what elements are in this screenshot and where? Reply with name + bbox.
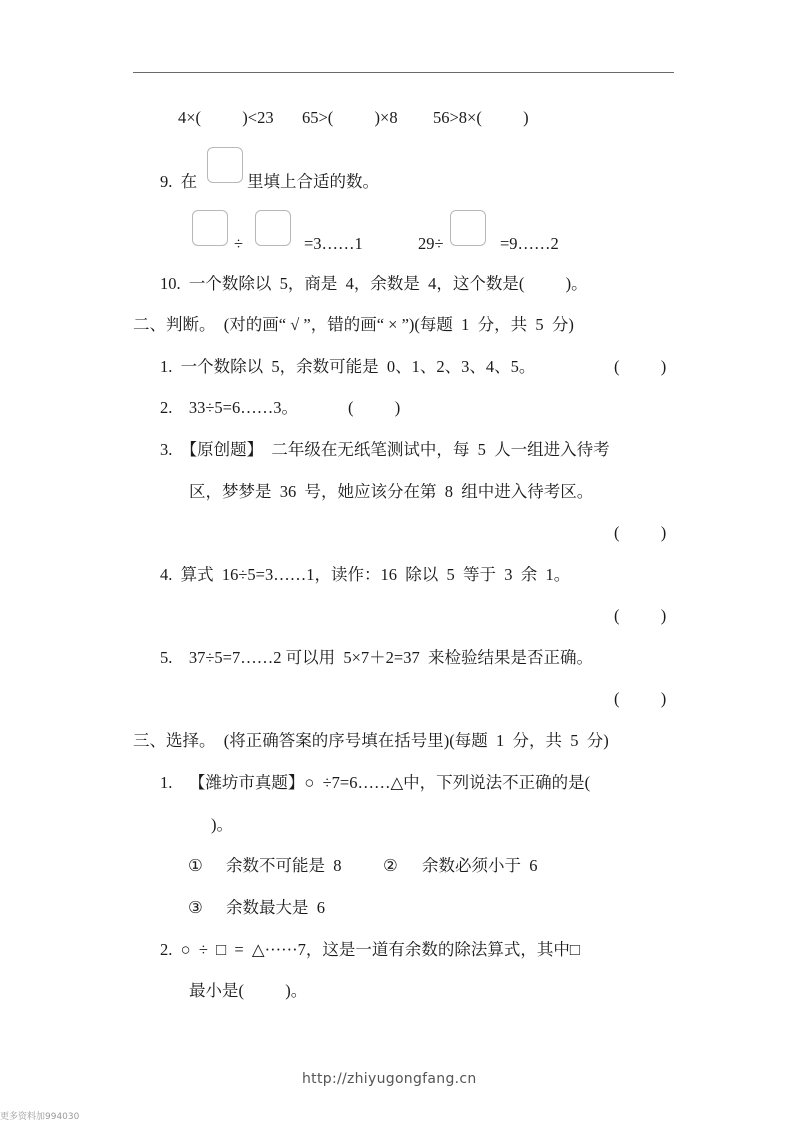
- choice-q1-option-2-mark: ②: [383, 856, 398, 876]
- choice-q1-option-1-mark: ①: [188, 856, 203, 876]
- q9-divide-sign: ÷: [234, 234, 243, 254]
- q9-answer-box-divisor[interactable]: [255, 210, 291, 246]
- section3-title: 三、选择。 (将正确答案的序号填在括号里)(每题 1 分，共 5 分): [133, 731, 609, 751]
- judge-item-3-text-1: 3. 【原创题】 二年级在无纸笔测试中，每 5 人一组进入待考: [160, 440, 610, 460]
- q9-example-box: [207, 147, 243, 183]
- q9-suffix: 里填上合适的数。: [247, 172, 379, 192]
- q8-expr-2: 65>( )×8: [302, 108, 398, 128]
- q9-eq2-prefix: 29÷: [418, 234, 444, 254]
- judge-item-4-answer[interactable]: ( ): [614, 606, 666, 626]
- judge-item-2-answer[interactable]: ( ): [348, 398, 400, 418]
- judge-item-2-text: 2. 33÷5=6……3。: [160, 398, 298, 418]
- section2-title: 二、判断。 (对的画“ √ ”，错的画“ × ”)(每题 1 分，共 5 分): [133, 315, 574, 335]
- footer-note: 更多资料加994030: [0, 1109, 79, 1122]
- choice-q1-option-1-text: 余数不可能是 8: [226, 856, 342, 876]
- judge-item-3-answer[interactable]: ( ): [614, 523, 666, 543]
- q9-prefix: 9. 在: [160, 172, 197, 192]
- judge-item-5-text: 5. 37÷5=7……2 可以用 5×7＋2=37 来检验结果是否正确。: [160, 648, 593, 668]
- q8-expr-3: 56>8×( ): [433, 108, 529, 128]
- judge-item-5-answer[interactable]: ( ): [614, 689, 666, 709]
- choice-q1-option-3-mark: ③: [188, 898, 203, 918]
- choice-q1-option-2-text: 余数必须小于 6: [422, 856, 538, 876]
- q9-eq1-result: =3……1: [304, 234, 363, 254]
- judge-item-1-text: 1. 一个数除以 5，余数可能是 0、1、2、3、4、5。: [160, 357, 535, 377]
- q8-expr-1: 4×( )<23: [178, 108, 274, 128]
- q10-text: 10. 一个数除以 5，商是 4，余数是 4，这个数是( )。: [160, 274, 588, 294]
- q9-answer-box-dividend[interactable]: [192, 210, 228, 246]
- q9-eq2-result: =9……2: [500, 234, 559, 254]
- judge-item-3-text-2: 区，梦梦是 36 号，她应该分在第 8 组中进入待考区。: [189, 482, 593, 502]
- judge-item-4-text: 4. 算式 16÷5=3……1，读作：16 除以 5 等于 3 余 1。: [160, 565, 570, 585]
- choice-q2-line2[interactable]: 最小是( )。: [189, 981, 307, 1001]
- choice-q1-line1: 1. 【潍坊市真题】○ ÷7=6……△中，下列说法不正确的是(: [160, 773, 590, 793]
- header-rule: [133, 72, 674, 73]
- choice-q1-option-3-text: 余数最大是 6: [226, 898, 325, 918]
- judge-item-1-answer[interactable]: ( ): [614, 357, 666, 377]
- choice-q1-line2[interactable]: )。: [211, 815, 233, 835]
- choice-q2-line1: 2. ○ ÷ □ = △······7，这是一道有余数的除法算式，其中□: [160, 940, 580, 960]
- footer-url[interactable]: http://zhiyugongfang.cn: [302, 1071, 477, 1087]
- q9-answer-box-divisor2[interactable]: [450, 210, 486, 246]
